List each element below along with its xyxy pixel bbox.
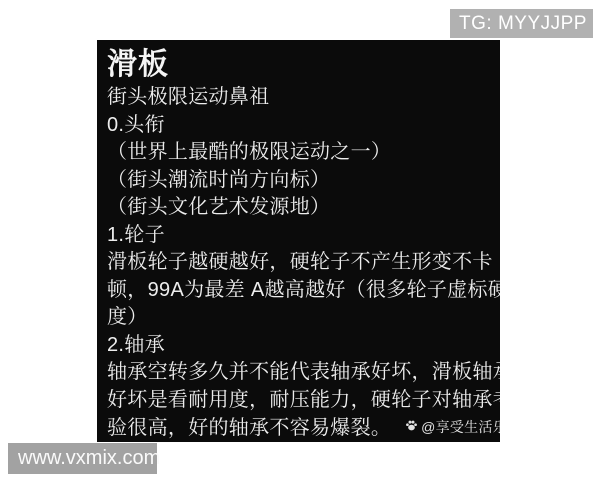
section-heading-0: 0.头衔 [107, 112, 492, 140]
last-text-line: 验很高，好的轴承不容易爆裂。 @享受生活乐无限 [107, 414, 492, 442]
paw-icon [405, 414, 418, 442]
page-background: TG: MYYJJPP 滑板 街头极限运动鼻祖 0.头衔 （世界上最酷的极限运动… [0, 0, 600, 480]
section-heading-2: 2.轴承 [107, 332, 492, 360]
text-line: （世界上最酷的极限运动之一） [107, 139, 492, 167]
text-line: 度） [107, 304, 492, 332]
telegram-watermark-badge: TG: MYYJJPP [450, 9, 593, 38]
text-line-content: 验很高，好的轴承不容易爆裂。 [107, 417, 391, 439]
author-handle: @享受生活乐无限 [421, 414, 500, 442]
text-line: 轴承空转多久并不能代表轴承好坏，滑板轴承 [107, 359, 492, 387]
section-heading-1: 1.轮子 [107, 222, 492, 250]
page-title: 滑板 [107, 46, 492, 84]
subtitle-line: 街头极限运动鼻祖 [107, 84, 492, 112]
text-line: （街头文化艺术发源地） [107, 194, 492, 222]
text-line: 好坏是看耐用度，耐压能力，硬轮子对轴承考 [107, 387, 492, 415]
author-watermark: @享受生活乐无限 [405, 414, 500, 442]
vxmix-watermark-badge: www.vxmix.com [8, 443, 157, 474]
text-line: 顿，99A为最差 A越高越好（很多轮子虚标硬 [107, 277, 492, 305]
text-line: 滑板轮子越硬越好，硬轮子不产生形变不卡 [107, 249, 492, 277]
text-line: （街头潮流时尚方向标） [107, 167, 492, 195]
content-panel: 滑板 街头极限运动鼻祖 0.头衔 （世界上最酷的极限运动之一） （街头潮流时尚方… [97, 40, 500, 442]
